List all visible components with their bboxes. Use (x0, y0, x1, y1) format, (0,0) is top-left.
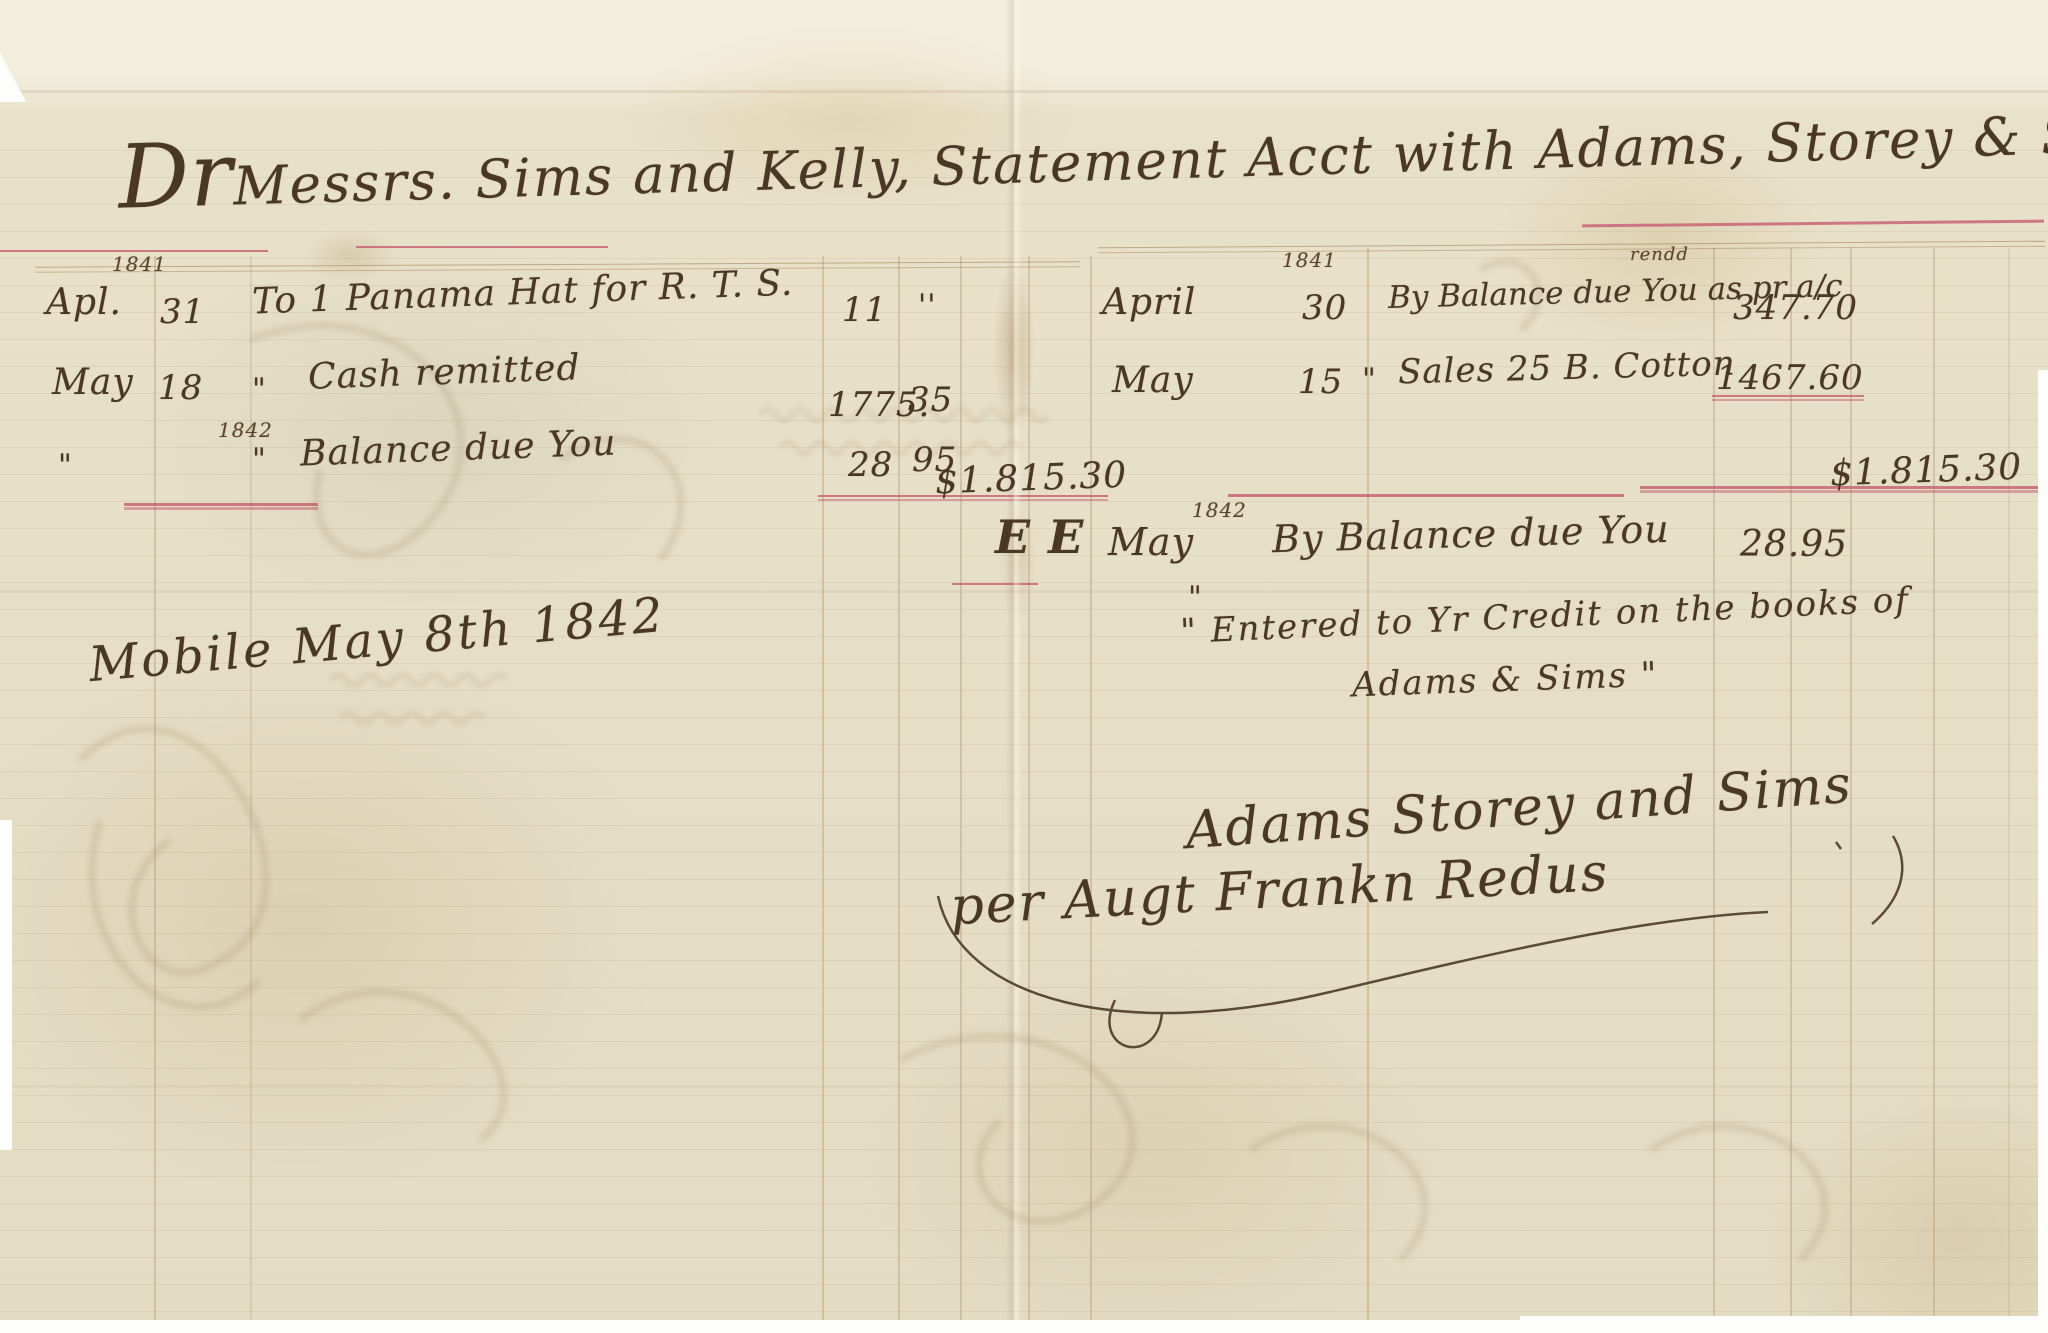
debit-row3-year: 1842 (218, 418, 273, 442)
scanner-edge-bottom-right (1520, 1316, 2048, 1333)
column-line (1090, 256, 1092, 1333)
credit-row2-month: May (1112, 360, 1194, 401)
debit-row3-month: " (58, 448, 73, 483)
debit-total: $1.815.30 (934, 455, 1128, 503)
scanner-edge-right (2038, 370, 2048, 1333)
debit-row1-dollars: 11 (842, 290, 887, 330)
column-line (822, 256, 824, 1333)
column-line (1028, 256, 1030, 1333)
balance-year: 1842 (1192, 498, 1247, 522)
debit-row3-ditto: " (252, 442, 267, 477)
column-line (960, 256, 962, 1333)
scanner-edge-left (0, 820, 12, 1150)
debit-row2-day: 18 (158, 368, 203, 408)
credit-row2-amount: 1467.60 (1716, 358, 1864, 398)
balance-month: May (1108, 520, 1194, 564)
credit-row1-year: 1841 (1282, 248, 1337, 272)
header-dr-label: Dr (117, 123, 234, 229)
debit-row2-cents: 35 (908, 380, 953, 420)
red-rule-header-left2 (356, 246, 608, 248)
column-line (2008, 248, 2010, 1333)
credit-row2-day: 15 (1298, 362, 1343, 402)
debit-row1-year: 1841 (112, 252, 167, 276)
credit-row1-superscript: rendd (1630, 244, 1689, 265)
debit-row2-ditto: " (252, 372, 267, 407)
column-line (154, 256, 156, 1333)
red-rule-credit-desc (1228, 494, 1624, 497)
scanned-ledger-document: Dr Messrs. Sims and Kelly, Statement Acc… (0, 0, 2048, 1333)
debit-row1-day: 31 (160, 292, 205, 332)
credit-row1-month: April (1102, 282, 1196, 323)
debit-row1-cents: '' (918, 288, 937, 323)
red-rule-balance-left (952, 583, 1038, 585)
debit-row2-month: May (52, 362, 134, 403)
debit-row3-dollars: 28 (848, 445, 893, 485)
errors-excepted-mark: E E (995, 510, 1084, 564)
credit-row2-ditto: " (1362, 362, 1377, 397)
credit-row1-amount: 347.70 (1733, 288, 1858, 328)
debit-row1-month: Apl. (46, 282, 122, 323)
balance-amount: 28.95 (1740, 524, 1848, 565)
credit-total: $1.815.30 (1829, 447, 2023, 495)
horizontal-fold-crease (0, 1085, 2048, 1088)
column-line (1933, 248, 1935, 1333)
balance-ditto: " (1188, 580, 1203, 615)
credit-row1-day: 30 (1302, 288, 1347, 328)
red-rule-debit-day (124, 503, 318, 506)
